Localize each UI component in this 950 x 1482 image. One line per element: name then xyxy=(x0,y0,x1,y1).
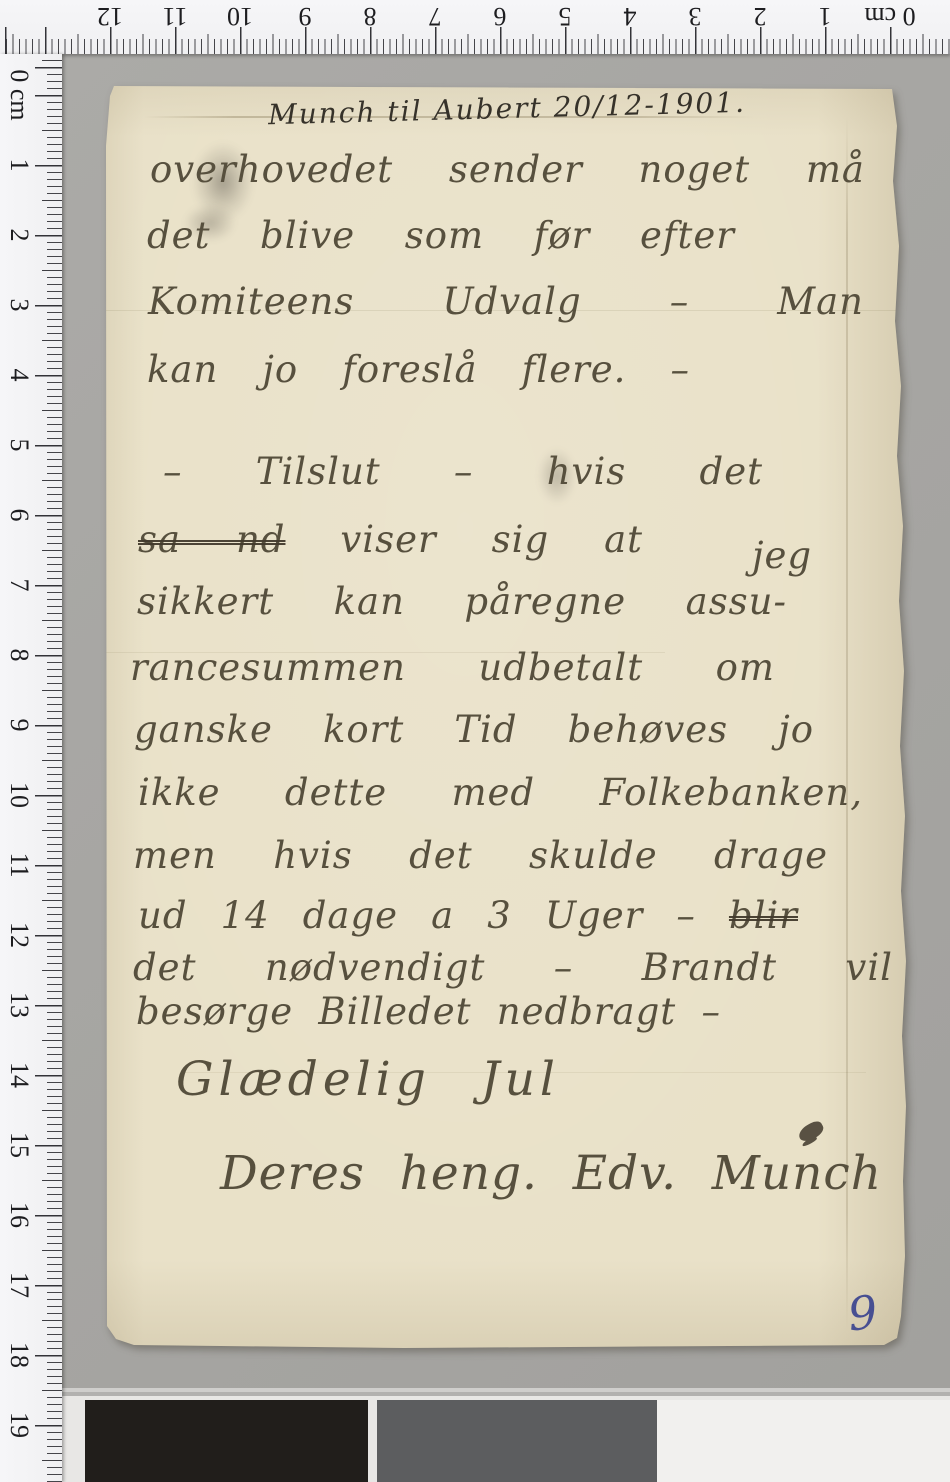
ruler-ticks-cm xyxy=(35,54,62,1482)
calibration-patch-gray xyxy=(377,1400,657,1482)
ruler-mark: 5 xyxy=(4,415,34,475)
handwritten-word: jeg xyxy=(752,536,812,577)
ruler-mark: 18 xyxy=(4,1325,34,1385)
ruler-mark: 9 xyxy=(4,695,34,755)
ruler-mark: 17 xyxy=(4,1255,34,1315)
ruler-mark: 12 xyxy=(4,905,34,965)
handwritten-line: ud 14 dage a 3 Uger – blir xyxy=(138,896,798,937)
ruler-mark: 14 xyxy=(4,1045,34,1105)
ruler-vertical: 0 cm 1 2 3 4 5 6 7 8 9 10 11 12 13 14 15… xyxy=(0,54,62,1482)
ruler-mark: 10 xyxy=(4,765,34,825)
ruler-mark: 3 xyxy=(4,275,34,335)
handwritten-line: ganske kort Tid behøves jo xyxy=(134,710,814,751)
letter-paper: Munch til Aubert 20/12-1901. overhovedet… xyxy=(104,86,906,1348)
ruler-mark: 16 xyxy=(4,1185,34,1245)
ruler-mark: 4 xyxy=(4,345,34,405)
handwritten-line: besørge Billedet nedbragt – xyxy=(136,992,721,1033)
ink-blot xyxy=(796,1119,826,1144)
handwritten-line: ikke dette med Folkebanken, xyxy=(138,773,863,814)
archival-caption: Munch til Aubert 20/12-1901. xyxy=(268,86,747,132)
ruler-mark: 6 xyxy=(470,1,530,31)
signature: Deres heng. Edv. Munch xyxy=(220,1148,882,1200)
paper-surface: Munch til Aubert 20/12-1901. overhovedet… xyxy=(104,86,906,1348)
struck-text: sa nd xyxy=(138,518,285,561)
handwritten-line: men hvis det skulde drage xyxy=(133,836,828,877)
handwritten-line: – Tilslut – hvis det xyxy=(163,452,763,493)
handwritten-line: Komiteens Udvalg – Man xyxy=(148,282,864,323)
handwritten-line: kan jo foreslå flere. – xyxy=(147,350,690,391)
ruler-mark: 11 xyxy=(4,835,34,895)
ruler-mark: 7 xyxy=(405,1,465,31)
ruler-mark: 15 xyxy=(4,1115,34,1175)
calibration-patch-black xyxy=(85,1400,368,1482)
ruler-mark: 5 xyxy=(535,1,595,31)
handwritten-line: overhovedet sender noget må xyxy=(150,150,865,191)
ruler-mark: 4 xyxy=(600,1,660,31)
calibration-strip xyxy=(0,1396,950,1482)
ruler-mark: 9 xyxy=(275,1,335,31)
calibration-patch-white xyxy=(657,1400,950,1482)
ruler-mark: 8 xyxy=(340,1,400,31)
ruler-mark: 12 xyxy=(80,1,140,31)
handwritten-text: ud 14 dage a 3 Uger – xyxy=(138,894,696,937)
ruler-mark: 2 xyxy=(730,1,790,31)
handwritten-text: viser sig at xyxy=(340,518,643,561)
ruler-mark: 0 cm xyxy=(4,65,34,125)
handwritten-line: det blive som før efter xyxy=(147,216,735,257)
closing-greeting: Glædelig Jul xyxy=(176,1054,560,1106)
ruler-mark: 11 xyxy=(145,1,205,31)
handwritten-line: rancesummen udbetalt om xyxy=(130,648,775,689)
ruler-mark: 8 xyxy=(4,625,34,685)
ruler-mark: 10 xyxy=(210,1,270,31)
ruler-mark: 13 xyxy=(4,975,34,1035)
ruler-mark: 3 xyxy=(665,1,725,31)
ruler-ticks-cm xyxy=(0,27,950,54)
ruler-mark: 1 xyxy=(4,135,34,195)
ruler-mark: 1 xyxy=(795,1,855,31)
ruler-mark: 19 xyxy=(4,1395,34,1455)
ruler-mark: 0 cm xyxy=(860,1,920,31)
ruler-horizontal: 0 cm 1 2 3 4 5 6 7 8 9 10 11 12 xyxy=(0,0,950,54)
handwritten-line: sa nd viser sig at xyxy=(138,520,643,561)
struck-text: blir xyxy=(729,894,798,937)
page-number: 9 xyxy=(845,1285,880,1342)
ruler-mark: 6 xyxy=(4,485,34,545)
handwritten-line: det nødvendigt – Brandt vil xyxy=(133,948,893,989)
ruler-mark: 2 xyxy=(4,205,34,265)
ruler-mark: 7 xyxy=(4,555,34,615)
handwritten-line: sikkert kan påregne assu- xyxy=(137,582,787,623)
